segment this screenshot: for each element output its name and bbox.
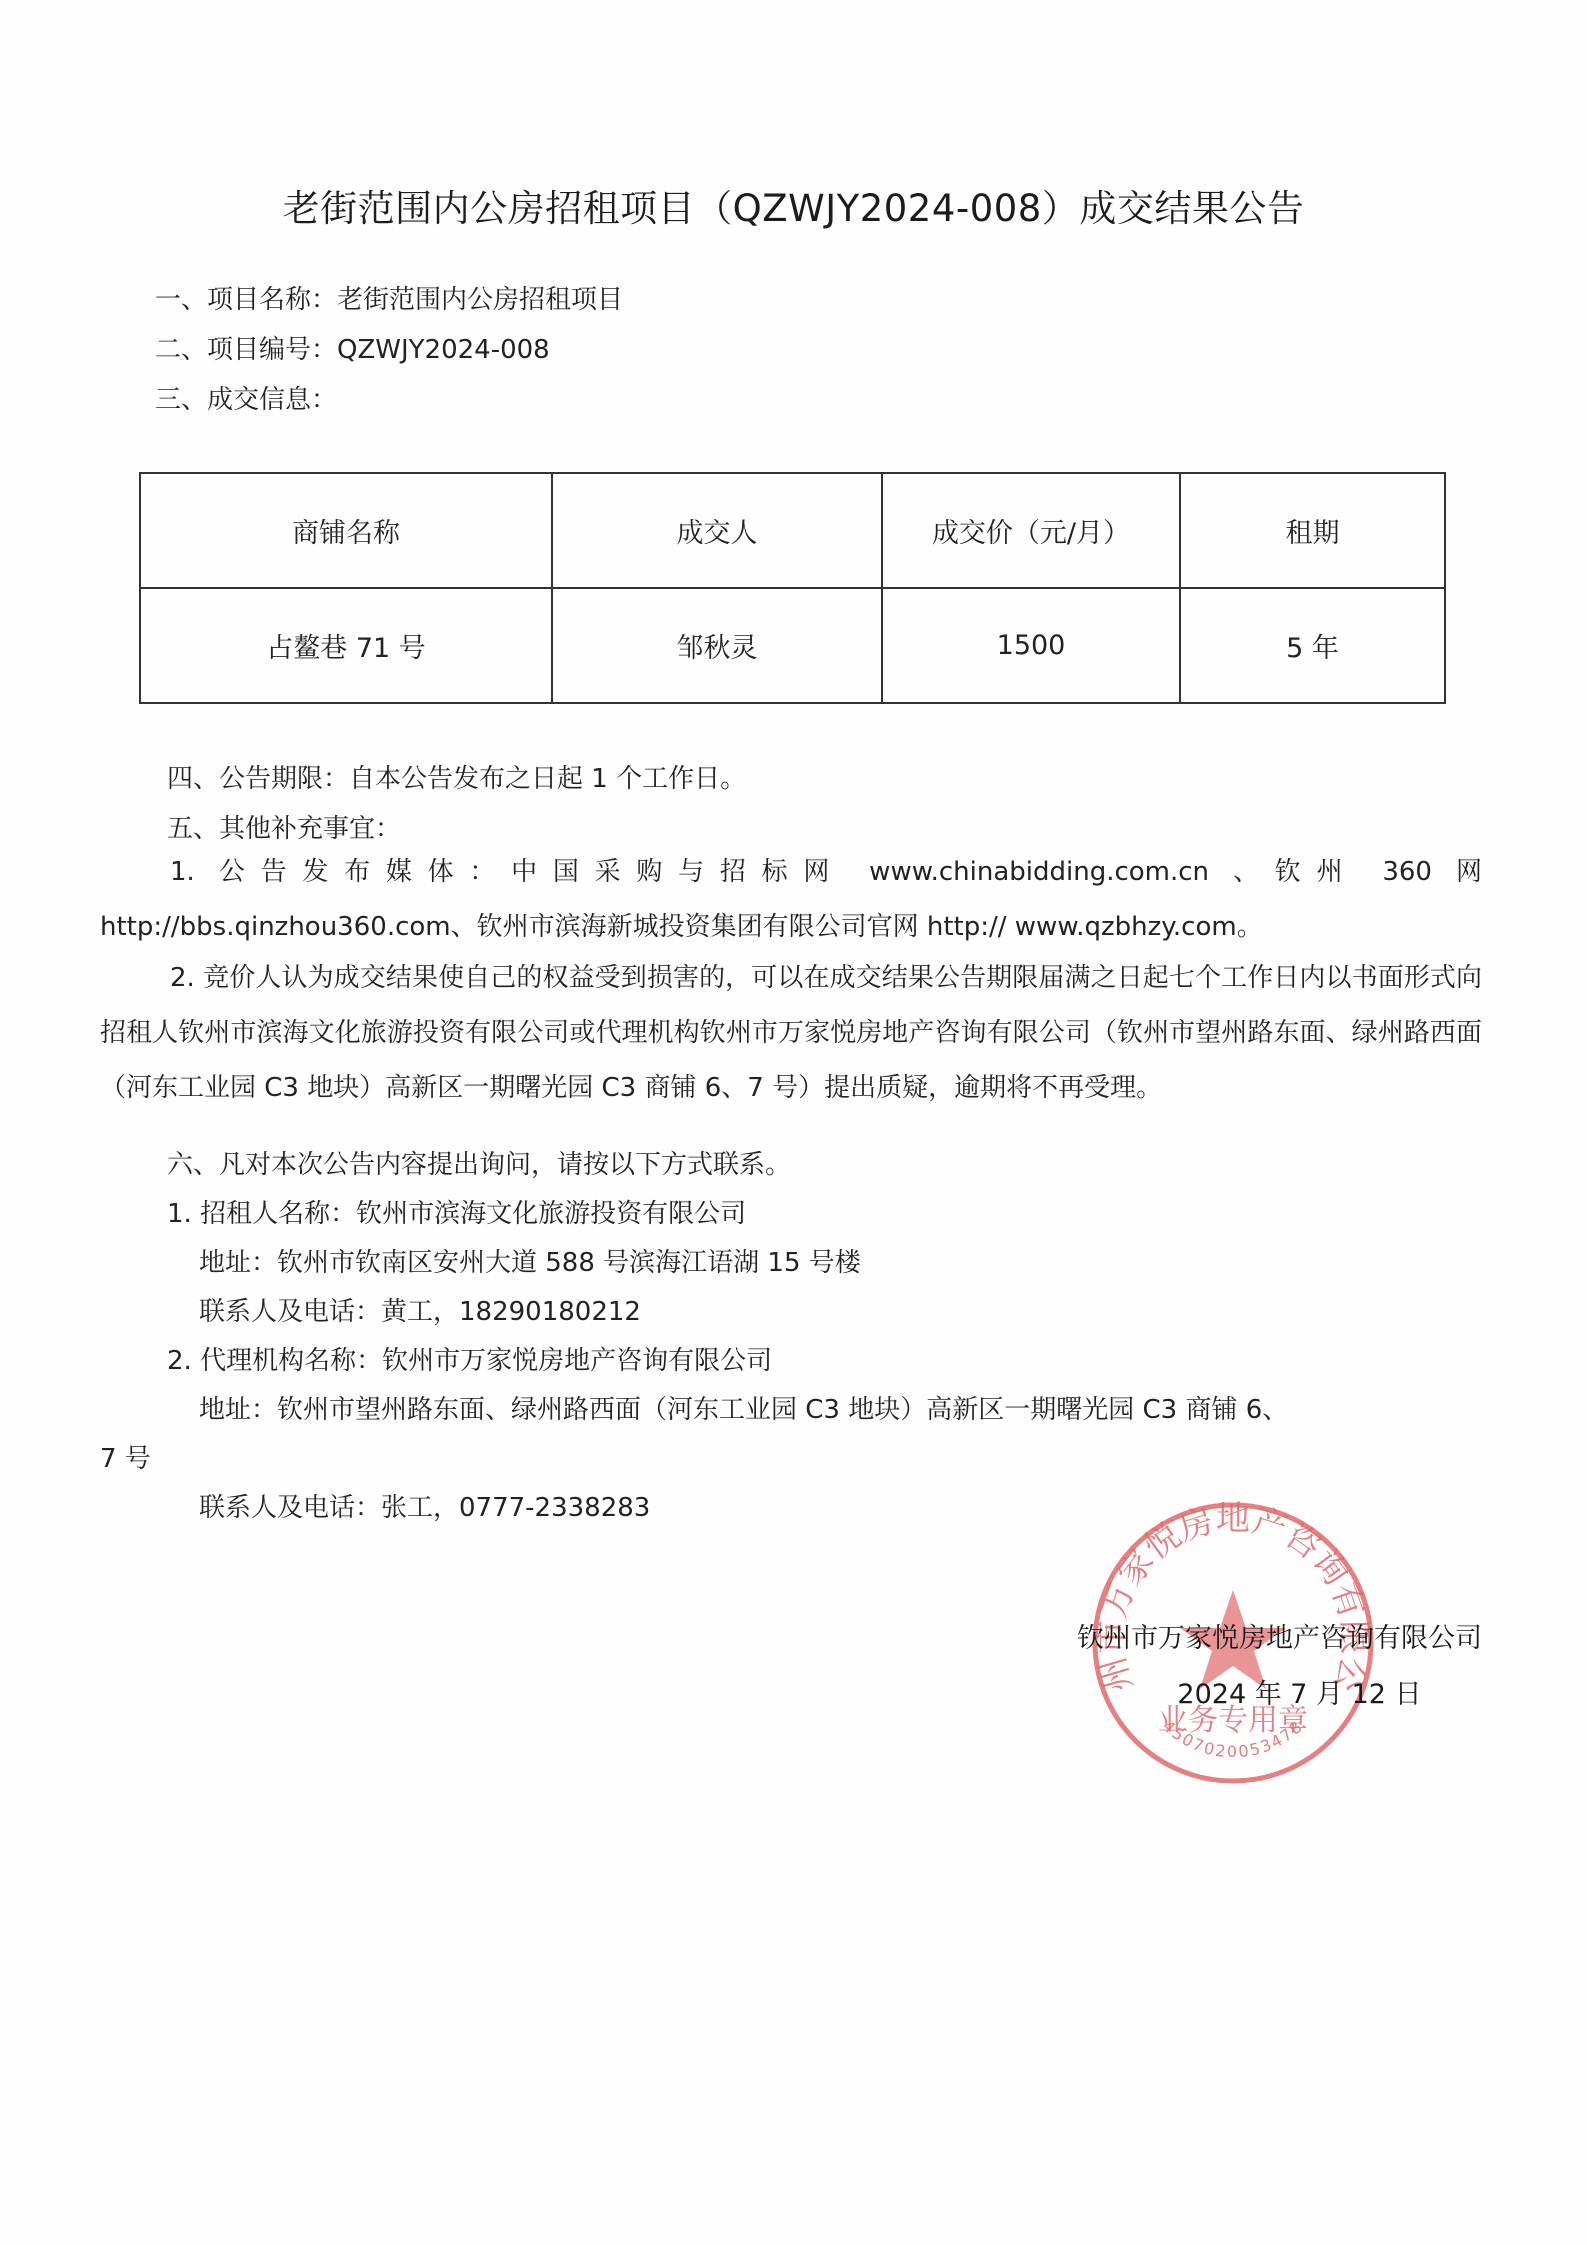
deal-info-heading: 三、成交信息： (155, 383, 337, 417)
lessor-contact-line: 联系人及电话：黄工，18290180212 (199, 1295, 641, 1329)
table-header-row: 商铺名称 成交人 成交价（元/月） 租期 (140, 473, 1445, 588)
agent-name-line: 2. 代理机构名称：钦州市万家悦房地产咨询有限公司 (167, 1344, 772, 1378)
project-name-label: 一、项目名称： (155, 285, 337, 315)
supplements-heading: 五、其他补充事宜： (167, 812, 401, 846)
document-page: 老街范围内公房招租项目（QZWJY2024-008）成交结果公告 一、项目名称：… (0, 0, 1587, 2245)
signature-company: 钦州市万家悦房地产咨询有限公司 (1077, 1623, 1482, 1654)
project-code-line: 二、项目编号：QZWJY2024-008 (155, 333, 550, 367)
agent-address-line-2: 7 号 (100, 1442, 151, 1476)
inquiry-heading: 六、凡对本次公告内容提出询问，请按以下方式联系。 (167, 1148, 791, 1182)
supplement-item-2: 2. 竞价人认为成交结果使自己的权益受到损害的，可以在成交结果公告期限届满之日起… (100, 951, 1482, 1116)
notice-period-label: 四、公告期限： (167, 764, 349, 794)
cell-winner: 邹秋灵 (552, 588, 882, 703)
header-term: 租期 (1180, 473, 1445, 588)
project-code-label: 二、项目编号： (155, 335, 337, 365)
supplement-item-1-text: 1. 公告发布媒体：中国采购与招标网 www.chinabidding.com.… (100, 857, 1482, 942)
project-code-value: QZWJY2024-008 (337, 335, 550, 365)
seal-code-text: 4507020053478 (1159, 1716, 1307, 1761)
supplement-item-2-text: 2. 竞价人认为成交结果使自己的权益受到损害的，可以在成交结果公告期限届满之日起… (100, 963, 1482, 1103)
svg-text:4507020053478: 4507020053478 (1159, 1716, 1307, 1761)
signature-block: 钦州市万家悦房地产咨询有限公司 2024 年 7 月 12 日 (1077, 1622, 1482, 1712)
project-name-line: 一、项目名称：老街范围内公房招租项目 (155, 283, 623, 317)
table-row: 占鳌巷 71 号 邹秋灵 1500 5 年 (140, 588, 1445, 703)
cell-price: 1500 (882, 588, 1180, 703)
signature-date: 2024 年 7 月 12 日 (1077, 1678, 1482, 1712)
header-shop-name: 商铺名称 (140, 473, 552, 588)
notice-period-value: 自本公告发布之日起 1 个工作日。 (349, 764, 746, 794)
agent-address-line-1: 地址：钦州市望州路东面、绿州路西面（河东工业园 C3 地块）高新区一期曙光园 C… (199, 1393, 1288, 1427)
header-winner: 成交人 (552, 473, 882, 588)
agent-contact-line: 联系人及电话：张工，0777-2338283 (199, 1491, 650, 1525)
project-name-value: 老街范围内公房招租项目 (337, 285, 623, 315)
document-title: 老街范围内公房招租项目（QZWJY2024-008）成交结果公告 (0, 178, 1587, 232)
supplement-item-1: 1. 公告发布媒体：中国采购与招标网 www.chinabidding.com.… (100, 845, 1482, 955)
deal-table: 商铺名称 成交人 成交价（元/月） 租期 占鳌巷 71 号 邹秋灵 1500 5… (139, 472, 1446, 704)
cell-term: 5 年 (1180, 588, 1445, 703)
header-price: 成交价（元/月） (882, 473, 1180, 588)
lessor-address-line: 地址：钦州市钦南区安州大道 588 号滨海江语湖 15 号楼 (199, 1246, 861, 1280)
notice-period-line: 四、公告期限：自本公告发布之日起 1 个工作日。 (167, 762, 746, 796)
lessor-name-line: 1. 招租人名称：钦州市滨海文化旅游投资有限公司 (167, 1197, 746, 1231)
cell-shop-name: 占鳌巷 71 号 (140, 588, 552, 703)
